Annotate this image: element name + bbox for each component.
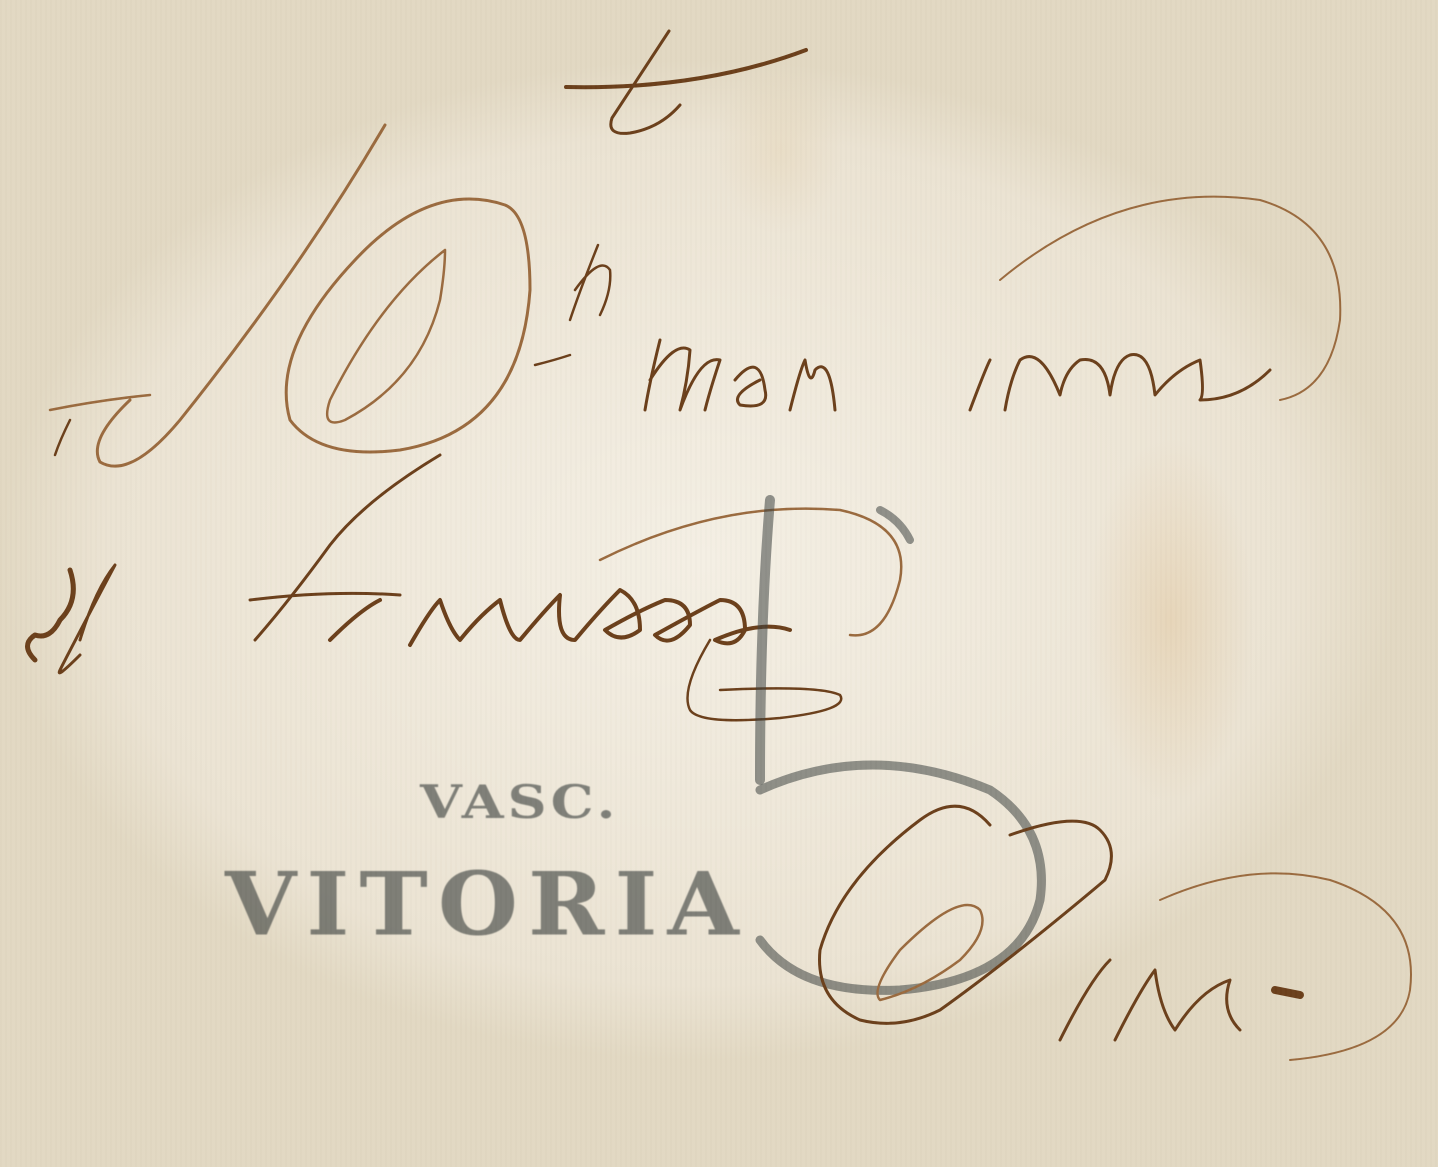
destination-script	[820, 806, 1412, 1060]
rate-numeral-mark	[566, 31, 806, 133]
handwriting-layer	[0, 0, 1438, 1167]
handstamp-line1: VASC.	[420, 775, 619, 829]
addressee-line2-script	[28, 455, 902, 720]
handstamp-line2: VITORIA	[225, 853, 749, 956]
letter-sheet: VASC. VITORIA 5 4 Sr Dn Juan Maria de Ar…	[0, 0, 1438, 1167]
addressee-line1-script	[645, 197, 1340, 410]
salutation-flourish	[50, 125, 385, 466]
title-dn-flourish	[286, 199, 610, 452]
